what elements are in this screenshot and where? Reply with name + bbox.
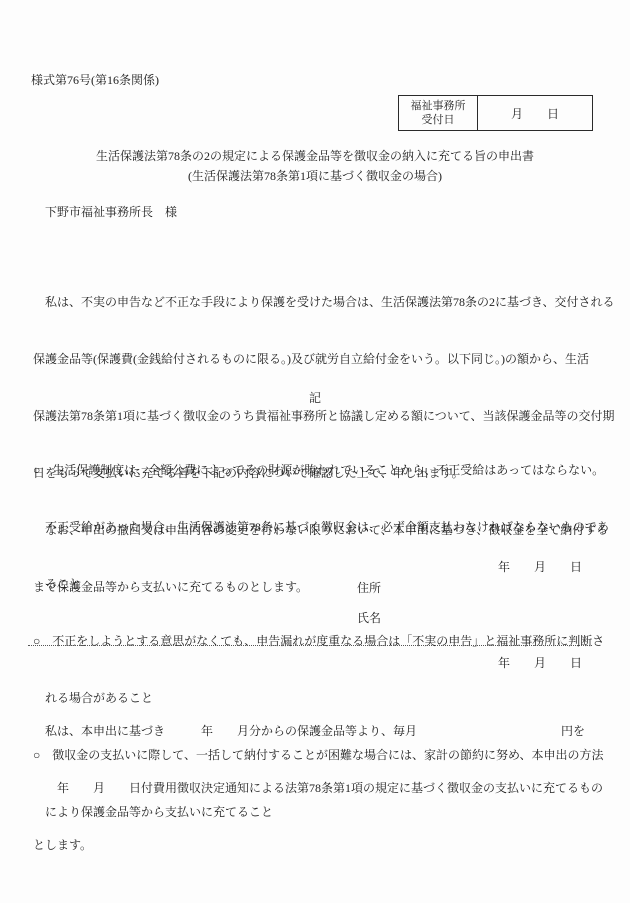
form-number: 様式第76号(第16条関係) xyxy=(31,71,159,90)
document-subtitle: (生活保護法第78条第1項に基づく徴収金の場合) xyxy=(0,167,630,186)
reception-label-cell: 福祉事務所 受付日 xyxy=(399,96,478,130)
name-label: 氏名 xyxy=(357,609,381,628)
notice-line: ること xyxy=(33,575,609,594)
footer-line: 年 月 日付費用徴収決定通知による法第78条第1項の規定に基づく徴収金の支払いに… xyxy=(33,779,603,798)
footer-line: 私は、本申出に基づき 年 月分からの保護金品等より、毎月 円を xyxy=(33,722,603,741)
notice-line: 不正受給があった場合、生活保護法第78条に基づく徴収金は、必ず全額支払わなければ… xyxy=(33,518,609,537)
body-line: 私は、不実の申告など不正な手段により保護を受けた場合は、生活保護法第78条の2に… xyxy=(33,293,615,312)
lower-date-field: 年 月 日 xyxy=(498,657,582,670)
dotted-separator-line xyxy=(28,645,592,646)
application-form-page: 様式第76号(第16条関係) 福祉事務所 受付日 月 日 生活保護法第78条の2… xyxy=(0,0,630,903)
footer-line: とします。 xyxy=(33,836,603,855)
reception-label-line1: 福祉事務所 xyxy=(411,99,466,113)
signature-date-field: 年 月 日 xyxy=(498,561,582,574)
reception-stamp-table: 福祉事務所 受付日 月 日 xyxy=(398,95,593,131)
notice-line: ○ 不正をしようとする意思がなくても、申告漏れが度重なる場合は「不実の申告」と福… xyxy=(33,632,609,651)
reception-date-cell: 月 日 xyxy=(478,96,592,130)
ki-heading: 記 xyxy=(0,389,630,408)
reception-label-line2: 受付日 xyxy=(422,113,455,127)
address-label: 住所 xyxy=(357,579,381,598)
document-title: 生活保護法第78条の2の規定による保護金品等を徴収金の納入に充てる旨の申出書 xyxy=(0,147,630,166)
addressee: 下野市福祉事務所長 様 xyxy=(45,203,177,222)
footer-paragraph: 私は、本申出に基づき 年 月分からの保護金品等より、毎月 円を 年 月 日付費用… xyxy=(33,684,603,893)
notice-line: ○ 生活保護制度は、全額公費によってその財源が賄われていることから、不正受給はあ… xyxy=(33,461,609,480)
body-line: 保護金品等(保護費(金銭給付されるものに限る。)及び就労自立給付金をいう。以下同… xyxy=(33,350,615,369)
